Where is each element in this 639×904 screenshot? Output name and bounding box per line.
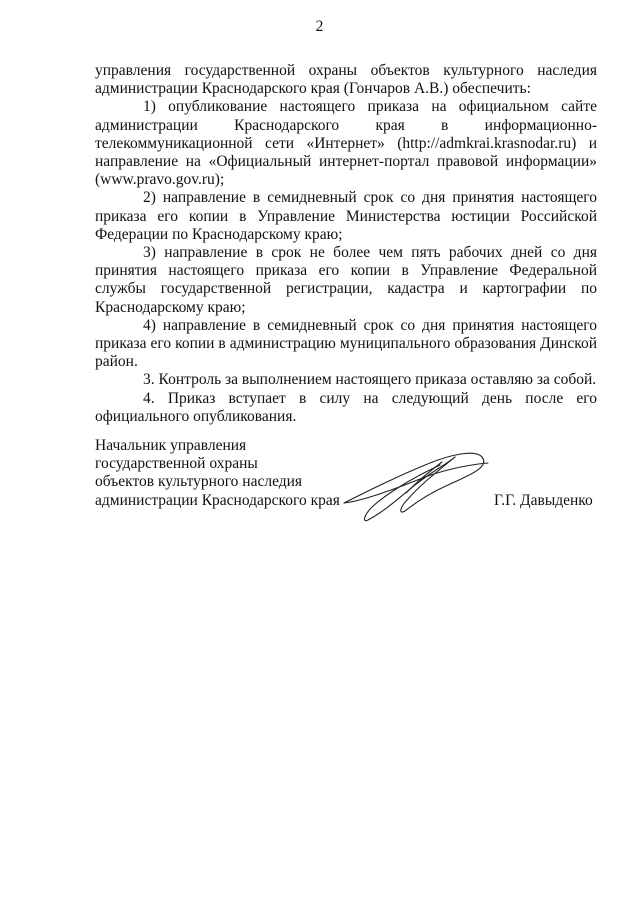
position-line: Начальник управления: [95, 437, 340, 455]
page-number: 2: [0, 18, 639, 36]
paragraph-item-3: 3) направление в срок не более чем пять …: [95, 244, 597, 317]
paragraph-item-4: 4) направление в семидневный срок со дня…: [95, 317, 597, 372]
position-line: государственной охраны: [95, 455, 340, 473]
paragraph-clause-3: 3. Контроль за выполнением настоящего пр…: [95, 371, 597, 389]
signer-name: Г.Г. Давыденко: [494, 492, 593, 510]
handwritten-signature-icon: [330, 445, 490, 535]
document-body: управления государственной охраны объект…: [95, 62, 597, 426]
paragraph-item-2: 2) направление в семидневный срок со дня…: [95, 189, 597, 244]
paragraph-item-1: 1) опубликование настоящего приказа на о…: [95, 98, 597, 189]
position-line: администрации Краснодарского края: [95, 492, 340, 510]
paragraph-intro: управления государственной охраны объект…: [95, 62, 597, 98]
signature-position: Начальник управления государственной охр…: [95, 437, 340, 510]
paragraph-clause-4: 4. Приказ вступает в силу на следующий д…: [95, 390, 597, 426]
position-line: объектов культурного наследия: [95, 473, 340, 491]
